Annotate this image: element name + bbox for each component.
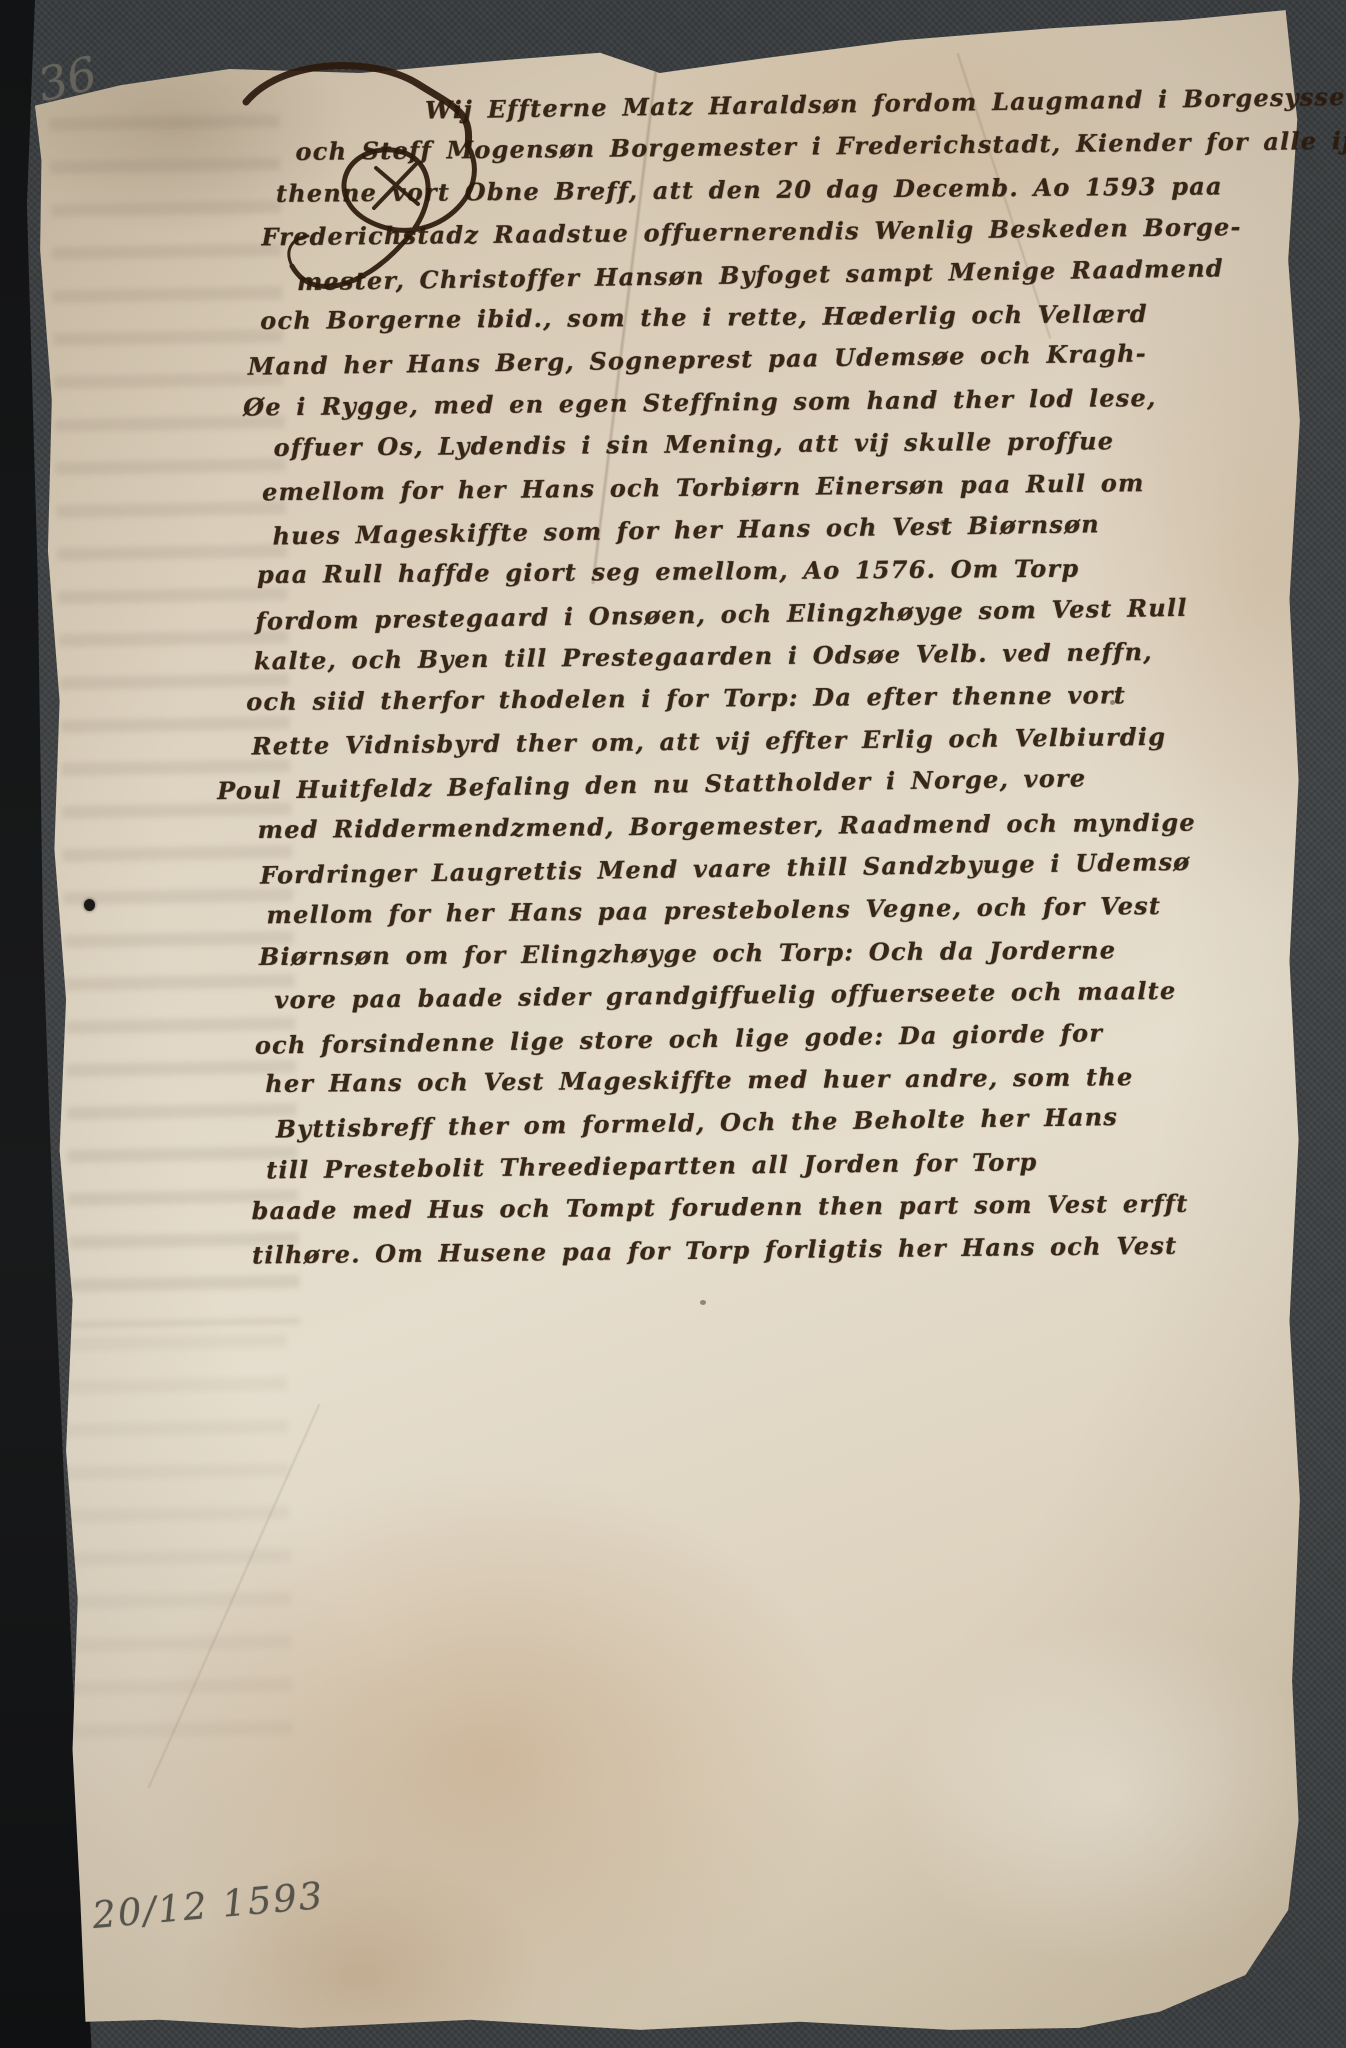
manuscript-text: Wij Effterne Matz Haraldsøn fordom Laugm… xyxy=(240,79,1304,1277)
fox-speck xyxy=(700,1300,706,1305)
verso-ink-showthrough-lower xyxy=(56,1334,293,1758)
ink-spot-hole xyxy=(84,899,95,911)
